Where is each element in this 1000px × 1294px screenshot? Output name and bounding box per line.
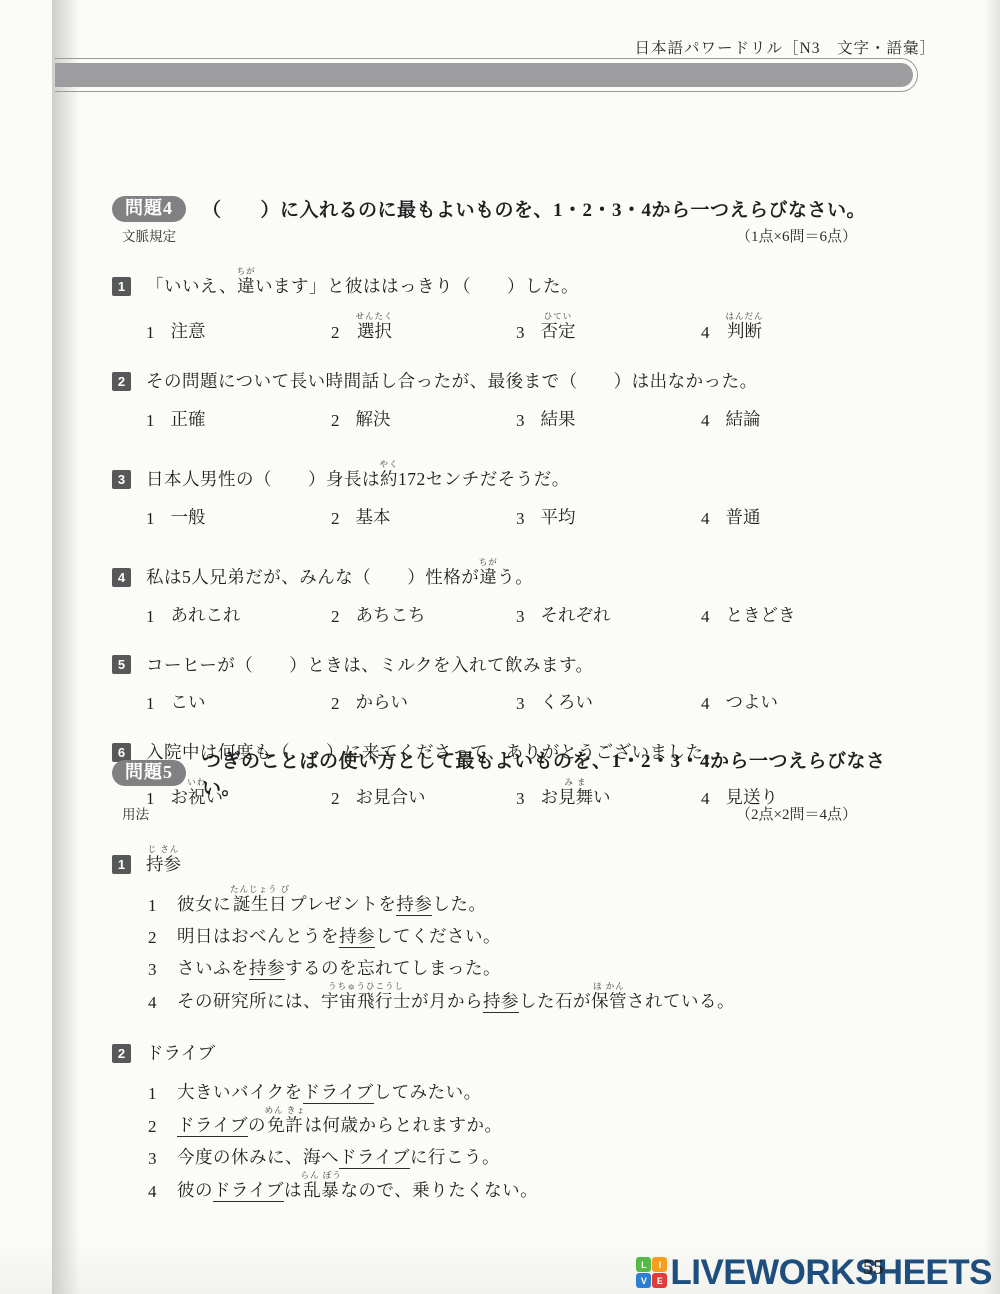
usage-option-row[interactable]: 4彼のドライブは乱暴らん ぼうなので、乗りたくない。 — [112, 1170, 912, 1202]
option-label: それぞれ — [541, 602, 611, 627]
option-label: 一般 — [171, 504, 206, 529]
logo-letter-block: I — [652, 1257, 667, 1272]
option-number: 2 — [331, 509, 340, 529]
question: 2 その問題について長い時間話し合ったが、最後まで（ ）は出なかった。 1正確2… — [112, 371, 912, 431]
question: 5 コーヒーが（ ）ときは、ミルクを入れて飲みます。 1こい2からい3くろい4つ… — [112, 655, 912, 715]
option-number: 4 — [148, 993, 157, 1013]
page-gutter-shadow — [52, 0, 80, 1294]
usage-option-row[interactable]: 2ドライブの免許めん きょは何歳からとれますか。 — [112, 1105, 912, 1137]
liveworksheets-logo-text: LIVEWORKSHEETS — [670, 1255, 992, 1290]
page-right-shadow — [984, 0, 1000, 1294]
underlined-word: ドライブ — [213, 1180, 284, 1202]
question-stem: 私は5人兄弟だが、みんな（ ）性格が違ちがう。 — [146, 557, 533, 589]
question: 1 「いいえ、違ちがいます」と彼ははっきり（ ）した。 1注意2選択せんたく3否… — [112, 266, 912, 343]
page-number: 55 — [863, 1255, 884, 1280]
option-label: 結果 — [541, 406, 576, 431]
mondai5-points: （2点×2問＝4点） — [736, 803, 857, 824]
underlined-word: 持参 — [339, 926, 375, 948]
option-number: 1 — [146, 509, 155, 529]
option-number: 1 — [148, 896, 157, 916]
underlined-word: ドライブ — [303, 1082, 374, 1104]
question-options: 1正確2解決3結果4結論 — [112, 406, 912, 431]
answer-option[interactable]: 1あれこれ — [146, 602, 331, 627]
answer-option[interactable]: 4普通 — [701, 504, 761, 529]
header-divider-bar — [55, 58, 918, 92]
logo-letter-block: V — [636, 1273, 651, 1288]
option-label: あちこち — [356, 602, 426, 627]
usage-question: 1 持参じ さん 1彼女に誕生日たんじょう びプレゼントを持参した。2明日はおべ… — [112, 844, 912, 1013]
section-mondai4: 問題4 （ ）に入れるのに最もよいものを、1・2・3・4から一つえらびなさい。 … — [112, 195, 912, 837]
option-label: くろい — [541, 689, 594, 714]
usage-question: 2 ドライブ 1大きいバイクをドライブしてみたい。2ドライブの免許めん きょは何… — [112, 1040, 912, 1202]
option-number: 2 — [148, 1117, 157, 1137]
option-label: 結論 — [726, 406, 761, 431]
target-word: ドライブ — [146, 1040, 215, 1065]
option-sentence: 明日はおべんとうを持参してください。 — [177, 923, 501, 948]
answer-option[interactable]: 1注意 — [146, 311, 331, 343]
option-number: 3 — [516, 411, 525, 431]
mondai4-question-list: 1 「いいえ、違ちがいます」と彼ははっきり（ ）した。 1注意2選択せんたく3否… — [112, 266, 912, 809]
option-number: 4 — [701, 323, 710, 343]
usage-option-row[interactable]: 1大きいバイクをドライブしてみたい。 — [112, 1073, 912, 1104]
mondai4-badge: 問題4 — [112, 196, 186, 222]
option-number: 2 — [148, 928, 157, 948]
option-number: 2 — [331, 411, 340, 431]
question-options: 1注意2選択せんたく3否定ひてい4判断はんだん — [112, 311, 912, 343]
usage-option-row[interactable]: 4その研究所には、宇宙飛行士うちゅうひこうしが月から持参した石が保管ほ かんされ… — [112, 981, 912, 1013]
option-sentence: 大きいバイクをドライブしてみたい。 — [177, 1079, 482, 1104]
option-number: 4 — [701, 509, 710, 529]
mondai5-badge: 問題5 — [112, 760, 186, 786]
answer-option[interactable]: 2選択せんたく — [331, 311, 516, 343]
question-stem: 「いいえ、違ちがいます」と彼ははっきり（ ）した。 — [146, 266, 579, 298]
answer-option[interactable]: 2あちこち — [331, 602, 516, 627]
usage-options: 1大きいバイクをドライブしてみたい。2ドライブの免許めん きょは何歳からとれます… — [112, 1073, 912, 1202]
option-number: 3 — [148, 1149, 157, 1169]
option-number: 3 — [516, 694, 525, 714]
liveworksheets-logo-icon: LIVE — [636, 1257, 667, 1288]
option-label: つよい — [726, 689, 779, 714]
question: 4 私は5人兄弟だが、みんな（ ）性格が違ちがう。 1あれこれ2あちこち3それぞ… — [112, 557, 912, 627]
option-label: 正確 — [171, 406, 206, 431]
option-number: 3 — [516, 509, 525, 529]
option-sentence: ドライブの免許めん きょは何歳からとれますか。 — [177, 1105, 503, 1137]
option-label: 解決 — [356, 406, 391, 431]
answer-option[interactable]: 2からい — [331, 689, 516, 714]
usage-option-row[interactable]: 3今度の休みに、海へドライブに行こう。 — [112, 1138, 912, 1169]
mondai5-instruction: つぎのことばの使い方として最もよいものを、1・2・3・4から一つえらびなさい。 — [202, 746, 912, 800]
question-stem: 日本人男性の（ ）身長は約やく172センチだそうだ。 — [146, 459, 570, 491]
mondai4-points: （1点×6問＝6点） — [736, 225, 857, 246]
option-label: 否定ひてい — [541, 311, 576, 343]
answer-option[interactable]: 4判断はんだん — [701, 311, 764, 343]
target-word: 持参じ さん — [146, 844, 181, 876]
question-number-badge: 1 — [112, 855, 131, 874]
question-number-badge: 2 — [112, 1044, 131, 1063]
option-label: こい — [171, 689, 206, 714]
option-number: 1 — [146, 411, 155, 431]
option-sentence: 彼のドライブは乱暴らん ぼうなので、乗りたくない。 — [177, 1170, 538, 1202]
answer-option[interactable]: 2解決 — [331, 406, 516, 431]
option-sentence: 今度の休みに、海へドライブに行こう。 — [177, 1144, 500, 1169]
option-number: 1 — [148, 1084, 157, 1104]
answer-option[interactable]: 1一般 — [146, 504, 331, 529]
option-number: 1 — [146, 607, 155, 627]
option-label: からい — [356, 689, 409, 714]
answer-option[interactable]: 1正確 — [146, 406, 331, 431]
logo-letter-block: E — [652, 1273, 667, 1288]
question-options: 1あれこれ2あちこち3それぞれ4ときどき — [112, 602, 912, 627]
option-number: 1 — [146, 694, 155, 714]
usage-option-row[interactable]: 1彼女に誕生日たんじょう びプレゼントを持参した。 — [112, 884, 912, 916]
usage-option-row[interactable]: 3さいふを持参するのを忘れてしまった。 — [112, 949, 912, 980]
question-number-badge: 1 — [112, 277, 131, 296]
question-number-badge: 4 — [112, 568, 131, 587]
option-number: 4 — [148, 1182, 157, 1202]
option-number: 2 — [331, 323, 340, 343]
underlined-word: 持参 — [249, 958, 285, 980]
option-number: 1 — [146, 323, 155, 343]
option-label: 注意 — [171, 318, 206, 343]
question-options: 1一般2基本3平均4普通 — [112, 504, 912, 529]
option-number: 2 — [331, 694, 340, 714]
underlined-word: 持参 — [483, 991, 519, 1013]
option-label: あれこれ — [171, 602, 241, 627]
usage-option-row[interactable]: 2明日はおべんとうを持参してください。 — [112, 917, 912, 948]
option-number: 3 — [148, 960, 157, 980]
mondai5-subtitle: 用法 — [122, 803, 149, 824]
answer-option[interactable]: 4ときどき — [701, 602, 796, 627]
book-title: 日本語パワードリル［N3 文字・語彙］ — [635, 36, 936, 58]
question-stem: その問題について長い時間話し合ったが、最後まで（ ）は出なかった。 — [146, 371, 758, 393]
option-number: 3 — [516, 607, 525, 627]
question: 3 日本人男性の（ ）身長は約やく172センチだそうだ。 1一般2基本3平均4普… — [112, 459, 912, 529]
section-mondai5: 問題5 つぎのことばの使い方として最もよいものを、1・2・3・4から一つえらびな… — [112, 746, 912, 1229]
question-number-badge: 2 — [112, 372, 131, 391]
answer-option[interactable]: 3結果 — [516, 406, 701, 431]
question-number-badge: 3 — [112, 470, 131, 489]
question-number-badge: 5 — [112, 655, 131, 674]
option-number: 4 — [701, 607, 710, 627]
option-label: 基本 — [356, 504, 391, 529]
option-sentence: さいふを持参するのを忘れてしまった。 — [177, 955, 501, 980]
option-sentence: 彼女に誕生日たんじょう びプレゼントを持参した。 — [177, 884, 486, 916]
answer-option[interactable]: 4結論 — [701, 406, 761, 431]
underlined-word: 持参 — [396, 894, 432, 916]
answer-option[interactable]: 4つよい — [701, 689, 778, 714]
option-label: 普通 — [726, 504, 761, 529]
option-number: 4 — [701, 411, 710, 431]
option-label: 平均 — [541, 504, 576, 529]
option-sentence: その研究所には、宇宙飛行士うちゅうひこうしが月から持参した石が保管ほ かんされて… — [177, 981, 735, 1013]
underlined-word: ドライブ — [177, 1115, 248, 1137]
option-number: 2 — [331, 607, 340, 627]
mondai4-subtitle: 文脈規定 — [122, 225, 176, 246]
answer-option[interactable]: 3否定ひてい — [516, 311, 701, 343]
logo-letter-block: L — [636, 1257, 651, 1272]
option-label: 選択せんたく — [356, 311, 394, 343]
option-label: 判断はんだん — [726, 311, 764, 343]
answer-option[interactable]: 3平均 — [516, 504, 701, 529]
answer-option[interactable]: 2基本 — [331, 504, 516, 529]
answer-option[interactable]: 3くろい — [516, 689, 701, 714]
question-stem: コーヒーが（ ）ときは、ミルクを入れて飲みます。 — [146, 655, 594, 677]
option-number: 4 — [701, 694, 710, 714]
header-divider-bar-fill — [55, 63, 913, 87]
liveworksheets-watermark[interactable]: LIVE LIVEWORKSHEETS — [636, 1255, 992, 1290]
answer-option[interactable]: 1こい — [146, 689, 331, 714]
question-options: 1こい2からい3くろい4つよい — [112, 689, 912, 714]
mondai4-instruction: （ ）に入れるのに最もよいものを、1・2・3・4から一つえらびなさい。 — [202, 195, 866, 222]
option-number: 3 — [516, 323, 525, 343]
option-label: ときどき — [726, 602, 796, 627]
usage-options: 1彼女に誕生日たんじょう びプレゼントを持参した。2明日はおべんとうを持参してく… — [112, 884, 912, 1013]
underlined-word: ドライブ — [339, 1147, 410, 1169]
mondai5-question-list: 1 持参じ さん 1彼女に誕生日たんじょう びプレゼントを持参した。2明日はおべ… — [112, 844, 912, 1202]
answer-option[interactable]: 3それぞれ — [516, 602, 701, 627]
